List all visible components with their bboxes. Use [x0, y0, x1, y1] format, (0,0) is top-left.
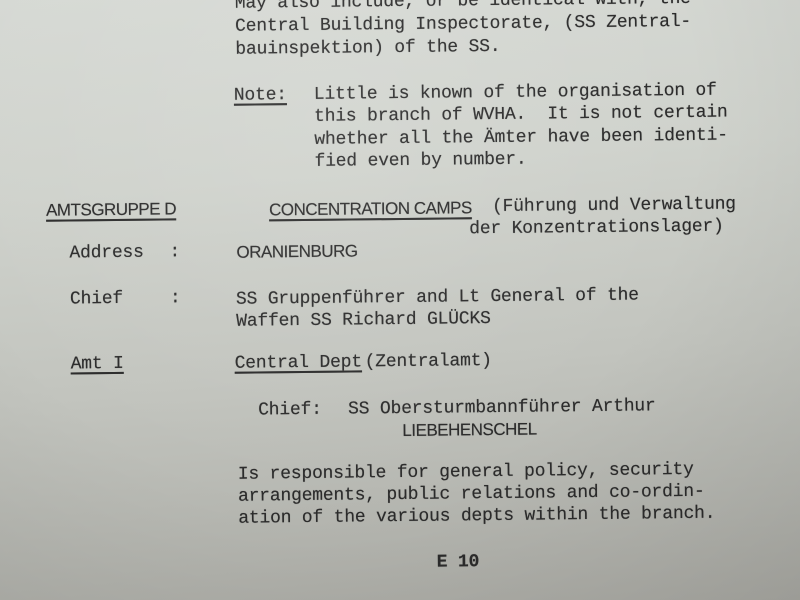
chief-line-2: Waffen SS Richard GLÜCKS — [236, 308, 491, 333]
address-label: Address — [69, 242, 143, 265]
amt-i-chief-line-1: SS Obersturmbannführer Arthur — [348, 395, 656, 420]
amtsgruppe-title-german-1: (Führung und Verwaltung — [492, 193, 736, 218]
note-label: Note: — [234, 84, 287, 107]
chief-line-1: SS Gruppenführer and Lt General of the — [236, 284, 639, 310]
amt-i-label: Amt I — [71, 353, 124, 376]
intro-line-3: bauinspektion) of the SS. — [235, 36, 500, 61]
intro-line-2: Central Building Inspectorate, (SS Zentr… — [235, 11, 691, 38]
amtsgruppe-title: CONCENTRATION CAMPS — [269, 197, 472, 221]
amt-i-title: Central Dept — [235, 351, 362, 374]
amt-i-chief-line-2: LIEBEHENSCHEL — [402, 419, 537, 442]
note-line-2: this branch of WVHA. It is not certain — [314, 102, 728, 128]
page-number: E 10 — [437, 551, 480, 573]
typewritten-page: May also include, or be identical with, … — [0, 0, 800, 600]
chief-colon: : — [170, 287, 181, 309]
amt-i-chief-label: Chief: — [258, 399, 322, 422]
amt-i-description-line-3: ation of the various depts within the br… — [238, 503, 715, 530]
amtsgruppe-title-german-2: der Konzentrationslager) — [469, 216, 724, 241]
note-line-4: fied even by number. — [314, 149, 526, 173]
note-line-3: whether all the Ämter have been identi- — [314, 125, 728, 151]
amtsgruppe-label: AMTSGRUPPE D — [46, 198, 176, 221]
amt-i-title-german: (Zentralamt) — [365, 350, 492, 373]
address-colon: : — [169, 241, 180, 263]
chief-label: Chief — [70, 288, 123, 311]
address-value: ORANIENBURG — [236, 240, 357, 263]
